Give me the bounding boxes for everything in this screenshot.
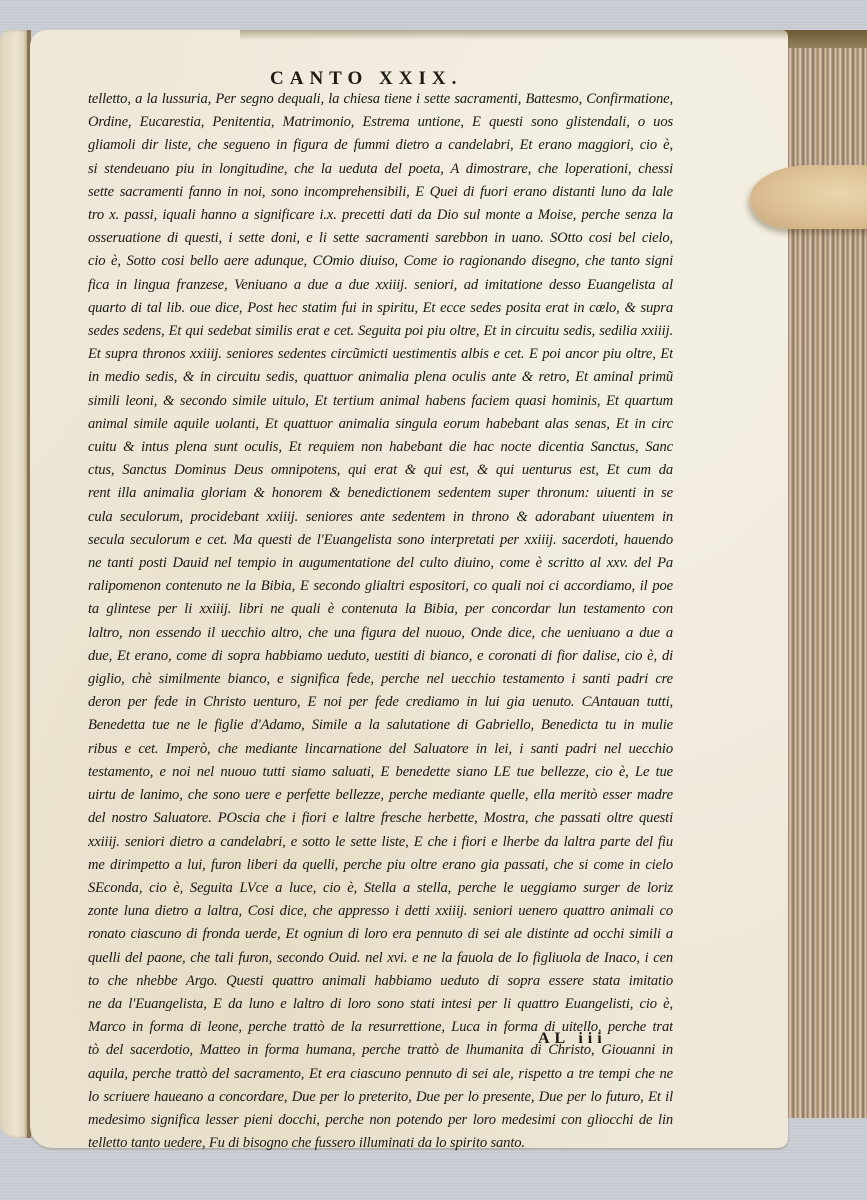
text-line: Ordine, Eucarestia, Penitentia, Matrimon… bbox=[88, 111, 673, 134]
left-facing-page bbox=[0, 30, 28, 1138]
text-line: gliamoli dir liste, che segueno in figur… bbox=[88, 134, 673, 157]
text-line: Benedetta tue ne le figlie d'Adamo, Simi… bbox=[88, 714, 673, 737]
running-head: CANTO XXIX. bbox=[270, 68, 530, 90]
text-line: animal simile aquile uolanti, Et quattuo… bbox=[88, 413, 673, 436]
signature-mark: AL iii bbox=[538, 1030, 607, 1048]
text-line: deron per fede in Christo uenturo, E noi… bbox=[88, 691, 673, 714]
text-line: ne da l'Euangelista, E da luno e laltro … bbox=[88, 993, 673, 1016]
text-line: xxiiij. seniori dietro a candelabri, e s… bbox=[88, 831, 673, 854]
text-line: rent illa animalia gloriam & honorem & b… bbox=[88, 482, 673, 505]
text-line: laltro, non essendo il uecchio altro, ch… bbox=[88, 622, 673, 645]
text-line: telletto, a la lussuria, Per segno dequa… bbox=[88, 88, 673, 111]
text-line: ralipomenon contenuto ne la Bibia, E sec… bbox=[88, 575, 673, 598]
text-line: SEconda, cio è, Seguita LVce a luce, cio… bbox=[88, 877, 673, 900]
text-line: ronato ciascuno di fronda uerde, Et ogni… bbox=[88, 923, 673, 946]
text-line: si stendeuano piu in longitudine, che la… bbox=[88, 158, 673, 181]
text-line: testamento, e noi nel nuouo tutti siamo … bbox=[88, 761, 673, 784]
text-line: telletto tanto uedere, Fu di bisogno che… bbox=[88, 1132, 673, 1155]
text-line: tro x. passi, iquali hanno a significare… bbox=[88, 204, 673, 227]
text-line: zonte luna dietro a laltra, Cosi dice, c… bbox=[88, 900, 673, 923]
text-line: medesimo significa lesser pieni docchi, … bbox=[88, 1109, 673, 1132]
text-line: quarto di tal lib. oue dice, Post hec st… bbox=[88, 297, 673, 320]
text-line: lo scriuere haueano a concordare, Due pe… bbox=[88, 1086, 673, 1109]
text-line: fica in lingua franzese, Veniuano a due … bbox=[88, 274, 673, 297]
text-line: simili leoni, & secondo simile uitulo, E… bbox=[88, 390, 673, 413]
text-line: Et supra thronos xxiiij. seniores sedent… bbox=[88, 343, 673, 366]
text-line: del nostro Saluatore. POscia che i fiori… bbox=[88, 807, 673, 830]
text-line: giglio, chè similmente bianco, e signifi… bbox=[88, 668, 673, 691]
text-block: telletto, a la lussuria, Per segno dequa… bbox=[88, 88, 673, 1155]
text-line: sette sacramenti fanno in noi, sono inco… bbox=[88, 181, 673, 204]
text-line: quelli del paone, che tali furon, second… bbox=[88, 947, 673, 970]
text-line: ctus, Sanctus Dominus Deus omnipotens, q… bbox=[88, 459, 673, 482]
text-line: uirtu de lanimo, che sono uere e perfett… bbox=[88, 784, 673, 807]
text-line: secula seculorum e cet. Ma questi de l'E… bbox=[88, 529, 673, 552]
text-line: cio è, Sotto cosi bello aere adunque, CO… bbox=[88, 250, 673, 273]
text-line: due, Et erano, come di sopra habbiamo ue… bbox=[88, 645, 673, 668]
text-line: cuitu & intus plena sunt oculis, Et requ… bbox=[88, 436, 673, 459]
text-line: in medio sedis, & in circuitu sedis, qua… bbox=[88, 366, 673, 389]
text-line: sedes sedens, Et qui sedebat similis era… bbox=[88, 320, 673, 343]
text-line: me dirimpetto a lui, furon liberi da que… bbox=[88, 854, 673, 877]
text-line: cula seculorum, procidebant xxiiij. seni… bbox=[88, 506, 673, 529]
bookmark-tip bbox=[750, 165, 867, 229]
text-line: to che nhebbe Argo. Questi quattro anima… bbox=[88, 970, 673, 993]
page-top-shadow bbox=[240, 30, 840, 40]
text-line: ne tanti posti Dauid nel tempio in augum… bbox=[88, 552, 673, 575]
text-line: ta glintese per li xxiiij. libri ne qual… bbox=[88, 598, 673, 621]
text-line: aquila, perche trattò del sacramento, Et… bbox=[88, 1063, 673, 1086]
text-line: osseruatione di questi, i sette doni, e … bbox=[88, 227, 673, 250]
text-line: ribus e cet. Imperò, che mediante lincar… bbox=[88, 738, 673, 761]
